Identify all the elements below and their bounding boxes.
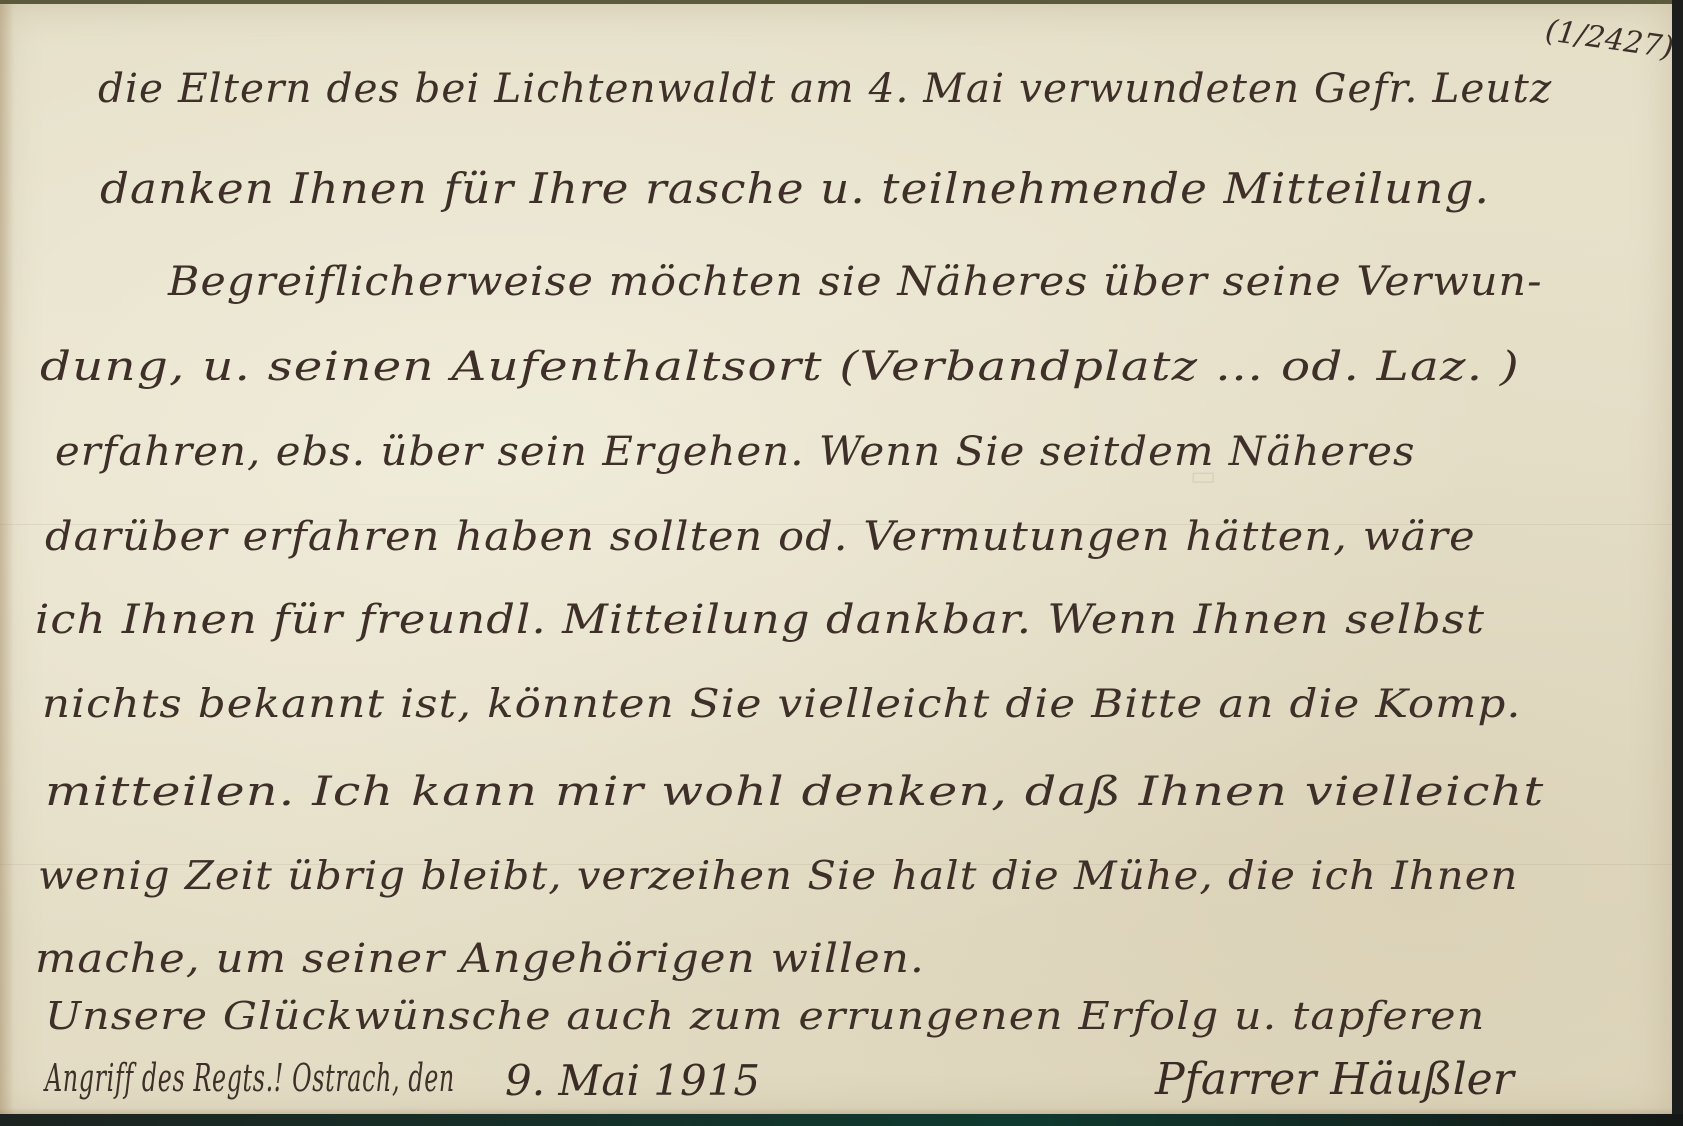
text-line-10: wenig Zeit übrig bleibt, verzeihen Sie h… (38, 854, 1518, 899)
text-line-4: dung, u. seinen Aufenthaltsort (Verbandp… (40, 344, 1520, 390)
text-line-3: Begreiflicherweise möchten sie Näheres ü… (168, 259, 1543, 305)
text-line-7: ich Ihnen für freundl. Mitteilung dankba… (35, 597, 1485, 643)
text-line-11: mache, um seiner Angehörigen willen. (35, 936, 925, 982)
letter-date: 9. Mai 1915 (505, 1056, 760, 1105)
archive-number: (1/2427) (1543, 13, 1672, 66)
text-line-2: danken Ihnen für Ihre rasche u. teilnehm… (100, 164, 1490, 213)
signature: Pfarrer Häußler (1155, 1054, 1514, 1105)
text-line-8: nichts bekannt ist, könnten Sie vielleic… (42, 682, 1521, 727)
paper-edge-left (0, 4, 14, 1118)
scan-frame-bottom (0, 1114, 1683, 1126)
scan-frame-right (1672, 0, 1683, 1126)
text-line-12: Unsere Glückwünsche auch zum errungenen … (45, 994, 1485, 1038)
text-line-1: die Eltern des bei Lichtenwaldt am 4. Ma… (98, 66, 1552, 112)
text-line-5: erfahren, ebs. über sein Ergehen. Wenn S… (55, 429, 1416, 475)
text-line-9: mitteilen. Ich kann mir wohl denken, daß… (45, 769, 1544, 815)
postcard: ▭ (1/2427) die Eltern des bei Lichtenwal… (0, 0, 1672, 1118)
text-line-6: darüber erfahren haben sollten od. Vermu… (45, 514, 1476, 560)
text-line-13: Angriff des Regts.! Ostrach, den (45, 1056, 455, 1100)
